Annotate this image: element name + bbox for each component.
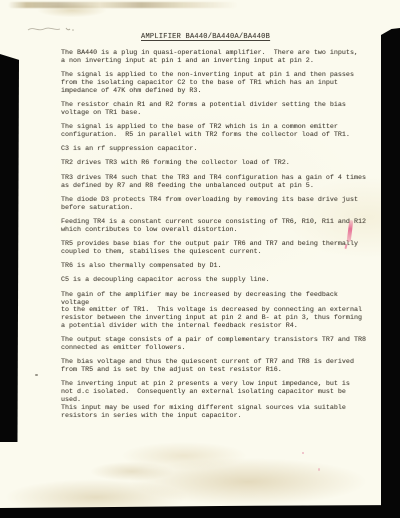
document-body: The BA440 is a plug in quasi-operational… [61, 50, 368, 427]
paragraph: C3 is an rf suppression capacitor. [61, 146, 368, 154]
paragraph: The output stage consists of a pair of c… [61, 337, 368, 353]
paragraph: TR6 is also thermally compensated by D1. [61, 263, 368, 271]
paragraph: The resistor chain R1 and R2 forms a pot… [61, 102, 368, 118]
scan-edge-left [0, 54, 19, 442]
paragraph: TR5 provides base bias for the output pa… [61, 241, 368, 257]
paragraph: The inverting input at pin 2 presents a … [61, 381, 368, 420]
paragraph: C5 is a decoupling capacitor across the … [61, 277, 368, 285]
paragraph: TR3 drives TR4 such that the TR3 and TR4… [61, 175, 368, 191]
torn-edge-stain [8, 2, 238, 8]
paragraph: The BA440 is a plug in quasi-operational… [61, 50, 368, 66]
page-title: AMPLIFIER BA440/BA440A/BA440B [141, 33, 270, 41]
paragraph: Feeding TR4 is a constant current source… [61, 219, 368, 235]
scan-edge-right [381, 28, 400, 518]
pencil-scribble-mark [26, 21, 78, 37]
paragraph: The bias voltage and thus the quiescent … [61, 359, 368, 375]
pink-ink-speck [318, 468, 320, 471]
paragraph: The diode D3 protects TR4 from overloadi… [61, 197, 368, 213]
paragraph: The gain of the amplifier may be increas… [61, 292, 368, 331]
paragraph: The signal is applied to the base of TR2… [61, 124, 368, 140]
ink-speck [35, 374, 38, 376]
pink-ink-speck [302, 452, 304, 454]
scanned-document: AMPLIFIER BA440/BA440A/BA440B The BA440 … [0, 0, 400, 518]
paragraph: TR2 drives TR3 with R6 forming the colle… [61, 160, 368, 168]
paragraph: The signal is applied to the non-inverti… [61, 72, 368, 95]
